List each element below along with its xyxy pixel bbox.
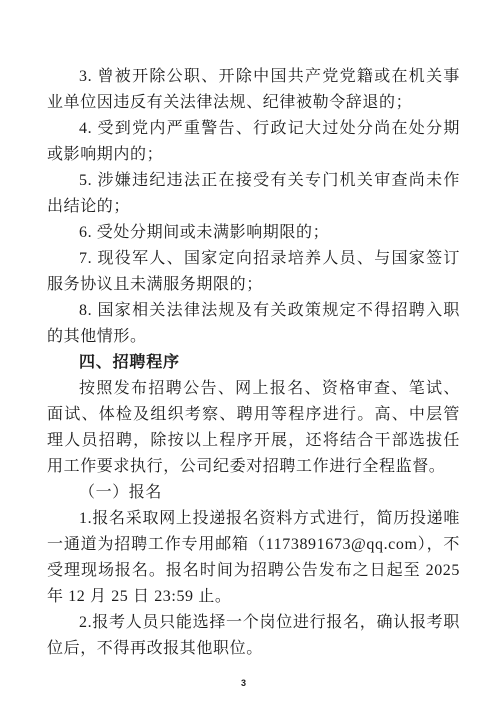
paragraph-item-3: 3. 曾被开除公职、开除中国共产党党籍或在机关事业单位因违反有关法律法规、纪律被… <box>47 64 460 116</box>
paragraph-item-5: 5. 涉嫌违纪违法正在接受有关专门机关审查尚未作出结论的； <box>47 168 460 220</box>
subsection-heading-registration: （一）报名 <box>47 480 460 506</box>
paragraph-registration-1: 1.报名采取网上投递报名资料方式进行，简历投递唯一通道为招聘工作专用邮箱（117… <box>47 506 460 610</box>
paragraph-registration-2: 2.报考人员只能选择一个岗位进行报名，确认报考职位后，不得再改报其他职位。 <box>47 610 460 662</box>
paragraph-item-8: 8. 国家相关法律法规及有关政策规定不得招聘入职的其他情形。 <box>47 298 460 350</box>
paragraph-item-6: 6. 受处分期间或未满影响期限的； <box>47 220 460 246</box>
paragraph-item-7: 7. 现役军人、国家定向招录培养人员、与国家签订服务协议且未满服务期限的； <box>47 246 460 298</box>
paragraph-procedure-overview: 按照发布招聘公告、网上报名、资格审查、笔试、面试、体检及组织考察、聘用等程序进行… <box>47 376 460 480</box>
document-page: 3. 曾被开除公职、开除中国共产党党籍或在机关事业单位因违反有关法律法规、纪律被… <box>0 0 497 712</box>
document-content: 3. 曾被开除公职、开除中国共产党党籍或在机关事业单位因违反有关法律法规、纪律被… <box>47 64 460 662</box>
page-number: 3 <box>0 678 487 688</box>
paragraph-item-4: 4. 受到党内严重警告、行政记大过处分尚在处分期或影响期内的； <box>47 116 460 168</box>
section-heading-recruitment-procedure: 四、招聘程序 <box>47 350 460 376</box>
